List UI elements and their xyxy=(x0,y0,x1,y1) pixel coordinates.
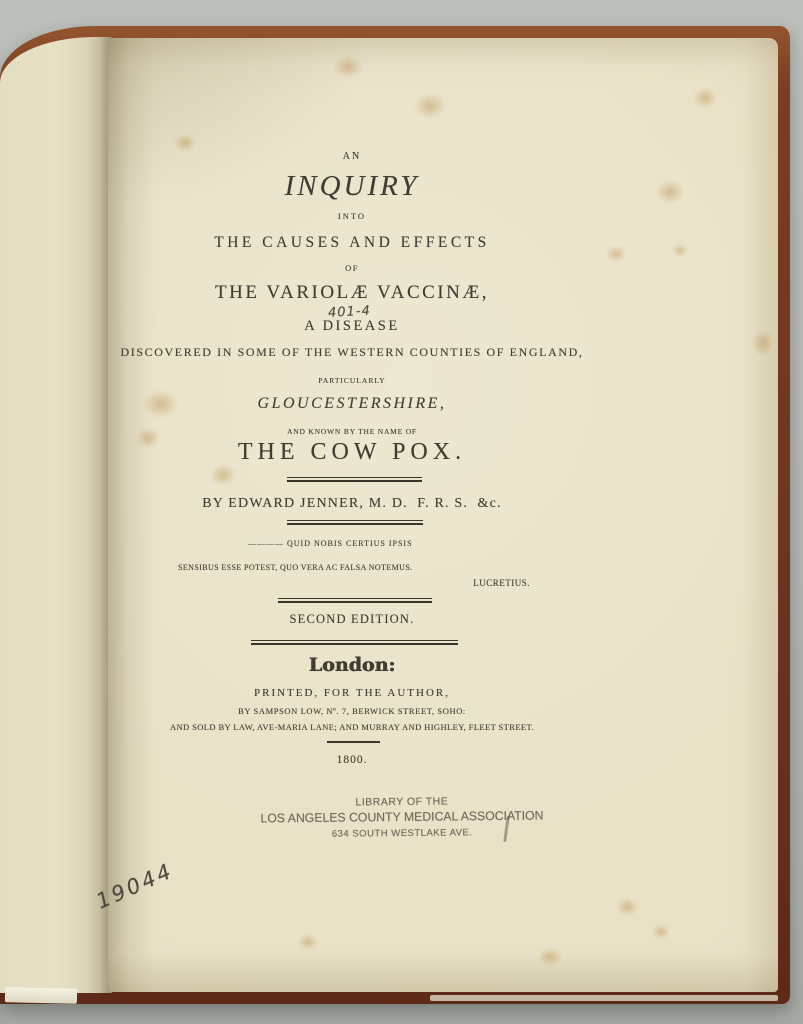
author-byline: BY EDWARD JENNER, M. D. F. R. S. &c. xyxy=(52,496,652,511)
imprint-year: 1800. xyxy=(52,754,652,767)
foxing-stain xyxy=(652,924,670,939)
subtitle-causes-effects: THE CAUSES AND EFFECTS xyxy=(52,234,652,251)
short-rule xyxy=(327,741,380,743)
a-disease-line: A DISEASE xyxy=(52,319,652,335)
county-name: GLOUCESTERSHIRE, xyxy=(52,395,652,413)
photo-of-book-title-page: AN INQUIRY INTO THE CAUSES AND EFFECTS O… xyxy=(0,0,803,1024)
article-word: AN xyxy=(52,151,652,162)
epigraph-attribution: LUCRETIUS. xyxy=(52,579,530,589)
double-rule xyxy=(287,477,422,482)
main-title: INQUIRY xyxy=(52,171,652,203)
double-rule xyxy=(287,520,423,525)
double-rule xyxy=(251,640,458,645)
particularly-word: PARTICULARLY xyxy=(52,377,652,385)
known-by-line: AND KNOWN BY THE NAME OF xyxy=(52,428,652,436)
foxing-stain xyxy=(693,88,717,108)
epigraph-line-1: ———— QUID NOBIS CERTIUS IPSIS xyxy=(248,540,413,549)
stamp-line-3: 634 SOUTH WESTLAKE AVE. xyxy=(102,825,702,842)
imprint-printed-for: PRINTED, FOR THE AUTHOR, xyxy=(52,687,652,699)
imprint-sellers: AND SOLD BY LAW, AVE-MARIA LANE; AND MUR… xyxy=(52,723,652,732)
double-rule xyxy=(278,598,432,603)
into-word: INTO xyxy=(52,212,652,221)
popular-name-title: THE COW POX. xyxy=(52,439,652,465)
imprint-printer: BY SAMPSON LOW, Nº. 7, BERWICK STREET, S… xyxy=(52,707,652,716)
library-stamp: LIBRARY OF THE LOS ANGELES COUNTY MEDICA… xyxy=(102,793,702,842)
imprint-city: London: xyxy=(52,655,652,676)
foxing-stain xyxy=(656,180,684,204)
epigraph-line-2: SENSIBUS ESSE POTEST, QUO VERA AC FALSA … xyxy=(178,564,413,573)
foxing-stain xyxy=(672,244,688,257)
foxing-stain xyxy=(752,330,774,356)
of-word: OF xyxy=(52,264,652,273)
subject-title: THE VARIOLÆ VACCINÆ, xyxy=(52,283,652,304)
discovered-line: DISCOVERED IN SOME OF THE WESTERN COUNTI… xyxy=(52,346,652,359)
edition-statement: SECOND EDITION. xyxy=(52,613,652,627)
